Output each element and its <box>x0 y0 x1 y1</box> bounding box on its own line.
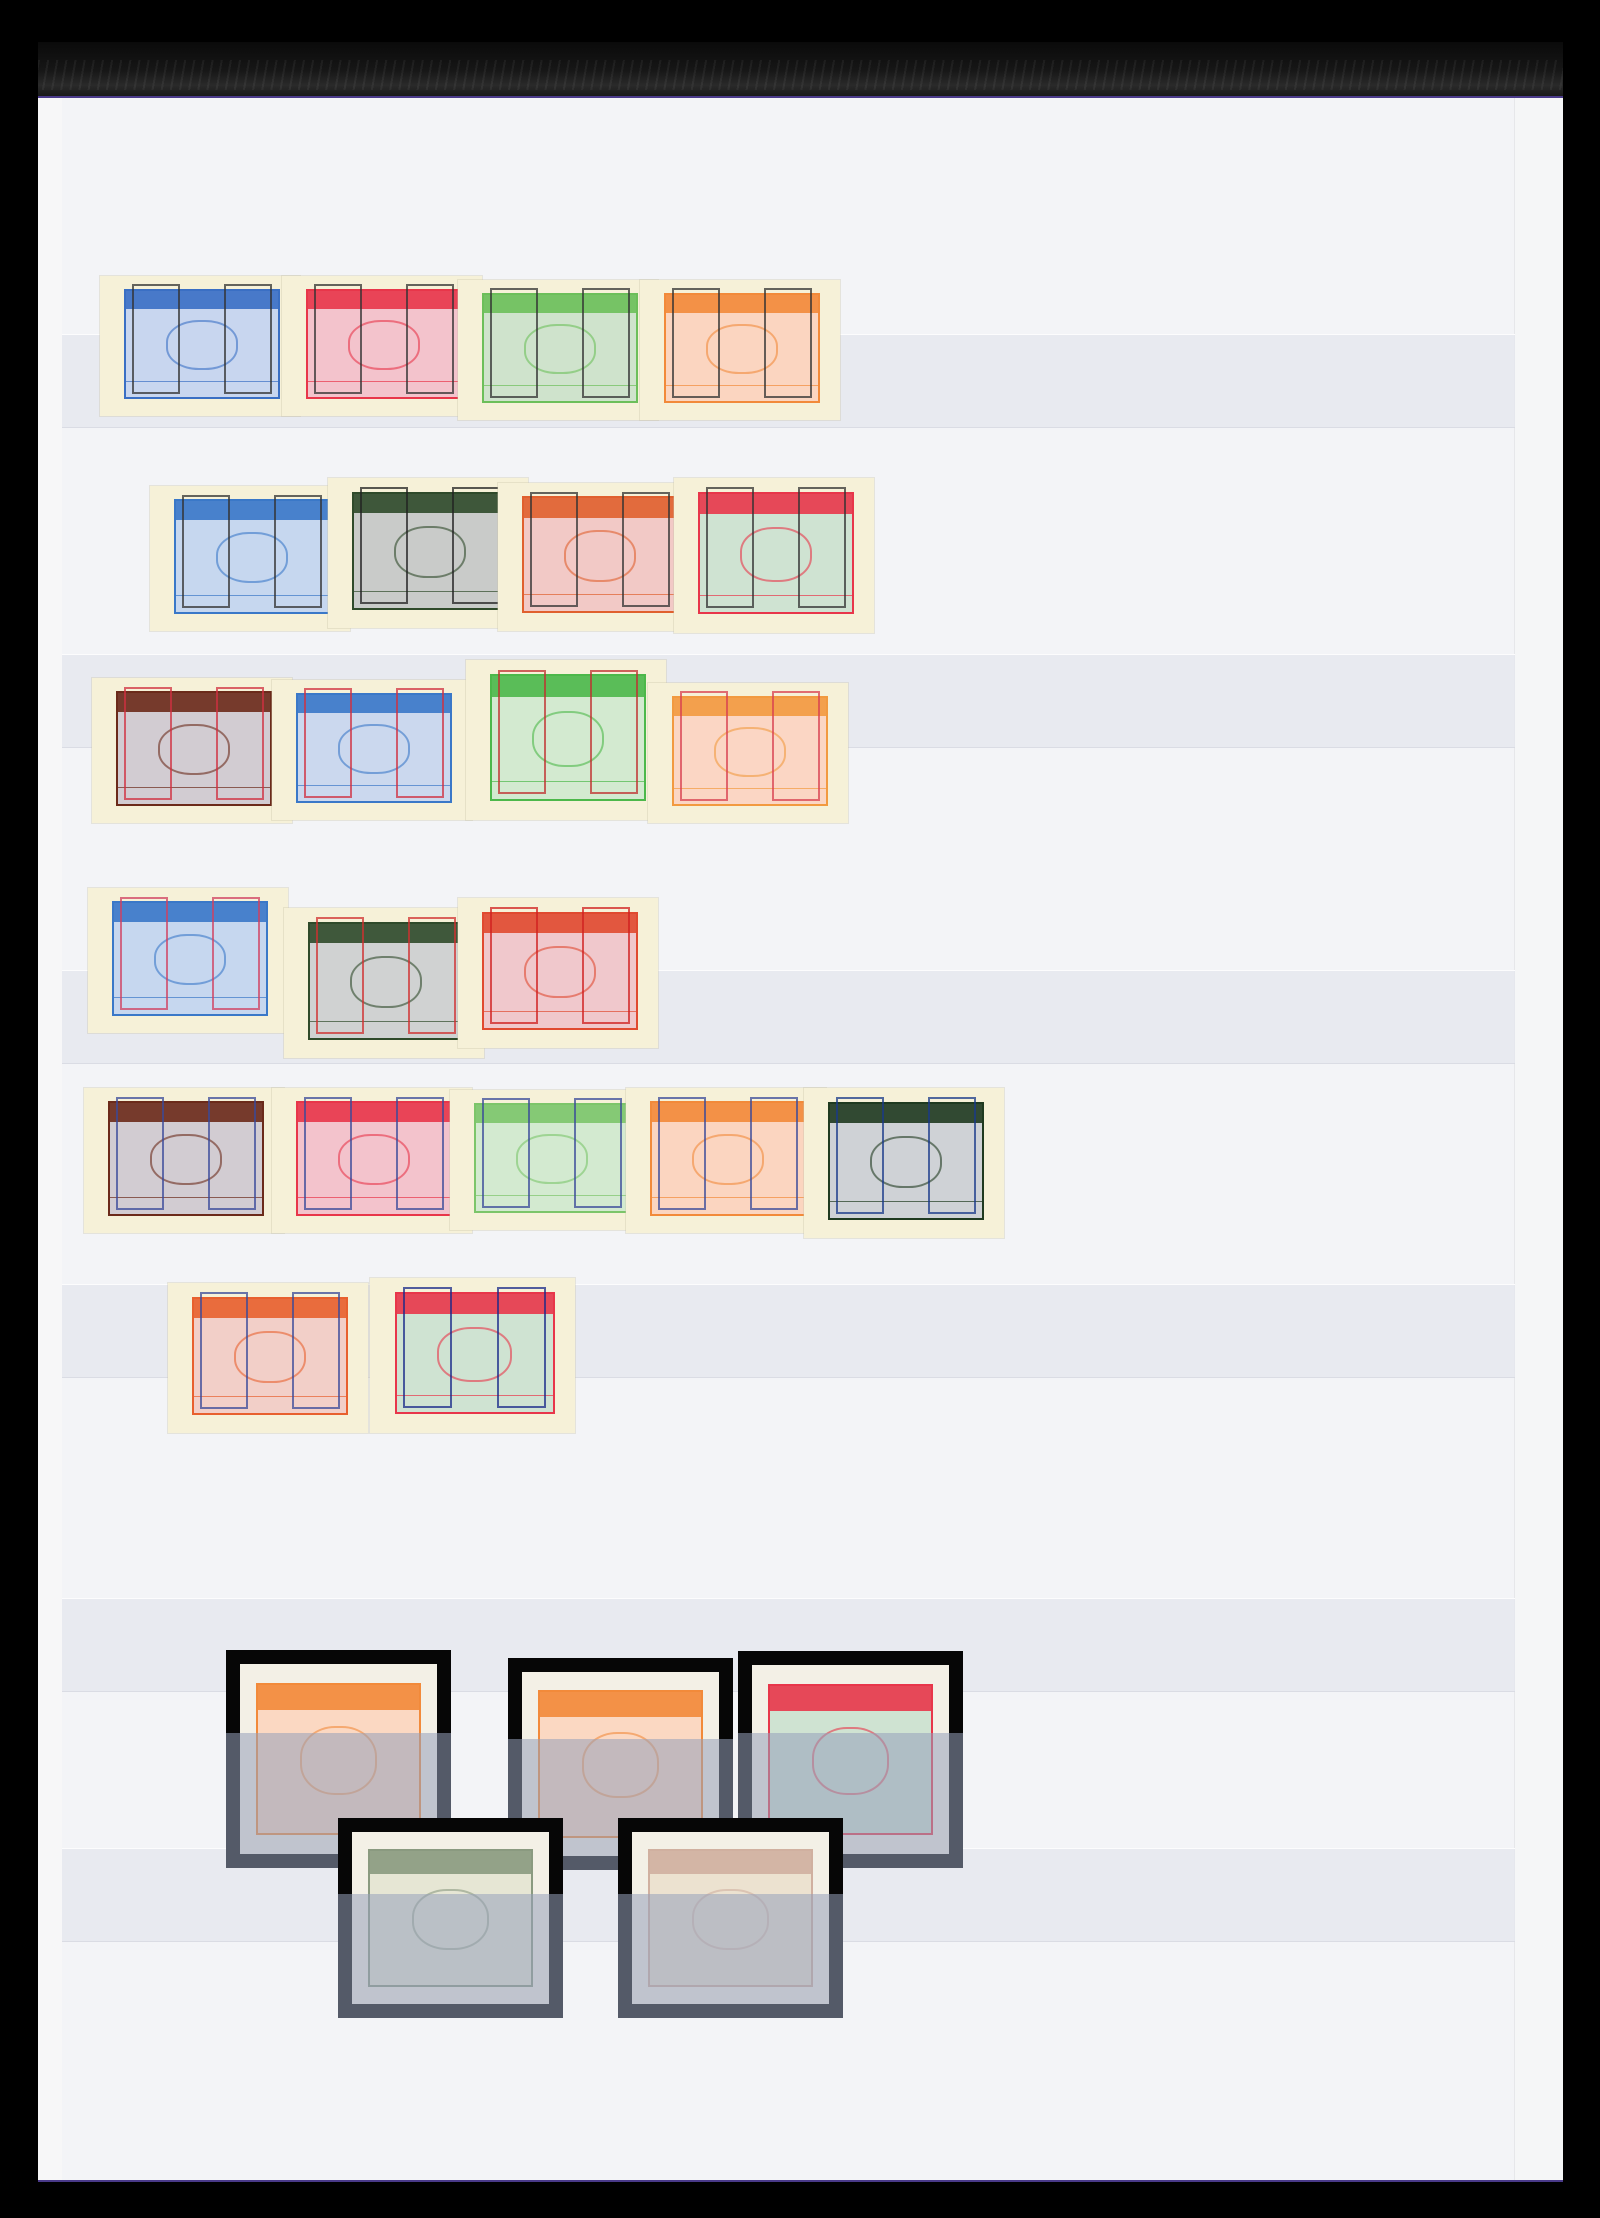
stamp <box>168 1283 368 1433</box>
overprint-box <box>316 917 364 1034</box>
overprint-box <box>408 917 456 1034</box>
overprint-box <box>292 1292 340 1409</box>
stamp <box>648 683 848 823</box>
album-binding <box>38 42 1563 104</box>
stamp <box>466 660 666 820</box>
overprint-box <box>116 1097 164 1210</box>
stamp <box>282 276 482 416</box>
overprint-box <box>208 1097 256 1210</box>
overprint-box <box>200 1292 248 1409</box>
stamp <box>284 908 484 1058</box>
mounted-stamp <box>338 1818 563 2018</box>
overprint-box <box>452 487 500 604</box>
page-margin-right <box>1514 98 1563 2180</box>
stamp-inscription-bar <box>650 1851 812 1874</box>
glassine-overlay <box>618 1894 843 2018</box>
overprint-box <box>680 691 728 800</box>
overprint-box <box>132 284 180 393</box>
stamp <box>272 680 472 820</box>
overprint-box <box>406 284 454 393</box>
overprint-box <box>212 897 260 1010</box>
overprint-box <box>304 688 352 797</box>
stamp <box>804 1088 1004 1238</box>
overprint-box <box>928 1097 976 1214</box>
overprint-box <box>274 495 322 608</box>
overprint-box <box>482 1098 530 1207</box>
overprint-box <box>750 1097 798 1210</box>
overprint-box <box>490 288 538 397</box>
stamp <box>498 483 698 631</box>
stamp <box>458 280 658 420</box>
stamp <box>370 1278 575 1433</box>
stamp <box>100 276 300 416</box>
stamp <box>640 280 840 420</box>
overprint-box <box>396 688 444 797</box>
overprint-box <box>530 492 578 607</box>
stamp <box>92 678 292 823</box>
stamp <box>272 1088 472 1233</box>
overprint-box <box>582 288 630 397</box>
stamp-inscription-bar <box>258 1685 420 1710</box>
overprint-box <box>216 687 264 800</box>
overprint-box <box>124 687 172 800</box>
stamp <box>458 898 658 1048</box>
stamp <box>84 1088 284 1233</box>
stamp-inscription-bar <box>540 1692 702 1716</box>
overprint-box <box>360 487 408 604</box>
overprint-box <box>590 670 638 795</box>
stamp-inscription-bar <box>770 1686 932 1711</box>
overprint-box <box>498 670 546 795</box>
overprint-box <box>396 1097 444 1210</box>
stamp-inscription-bar <box>370 1851 532 1874</box>
overprint-box <box>582 907 630 1024</box>
glassine-overlay <box>338 1894 563 2018</box>
overprint-box <box>497 1287 546 1408</box>
stockbook-page <box>38 96 1563 2182</box>
overprint-box <box>490 907 538 1024</box>
overprint-box <box>836 1097 884 1214</box>
overprint-box <box>706 487 754 608</box>
overprint-box <box>314 284 362 393</box>
overprint-box <box>224 284 272 393</box>
overprint-box <box>672 288 720 397</box>
overprint-box <box>574 1098 622 1207</box>
page-margin-left <box>38 98 62 2180</box>
overprint-box <box>798 487 846 608</box>
stamp <box>450 1090 650 1230</box>
overprint-box <box>182 495 230 608</box>
overprint-box <box>772 691 820 800</box>
overprint-box <box>120 897 168 1010</box>
stamp <box>626 1088 826 1233</box>
stamp <box>150 486 350 631</box>
overprint-box <box>622 492 670 607</box>
overprint-box <box>764 288 812 397</box>
stamp <box>88 888 288 1033</box>
overprint-box <box>403 1287 452 1408</box>
overprint-box <box>304 1097 352 1210</box>
mounted-stamp <box>618 1818 843 2018</box>
overprint-box <box>658 1097 706 1210</box>
stamp <box>674 478 874 633</box>
